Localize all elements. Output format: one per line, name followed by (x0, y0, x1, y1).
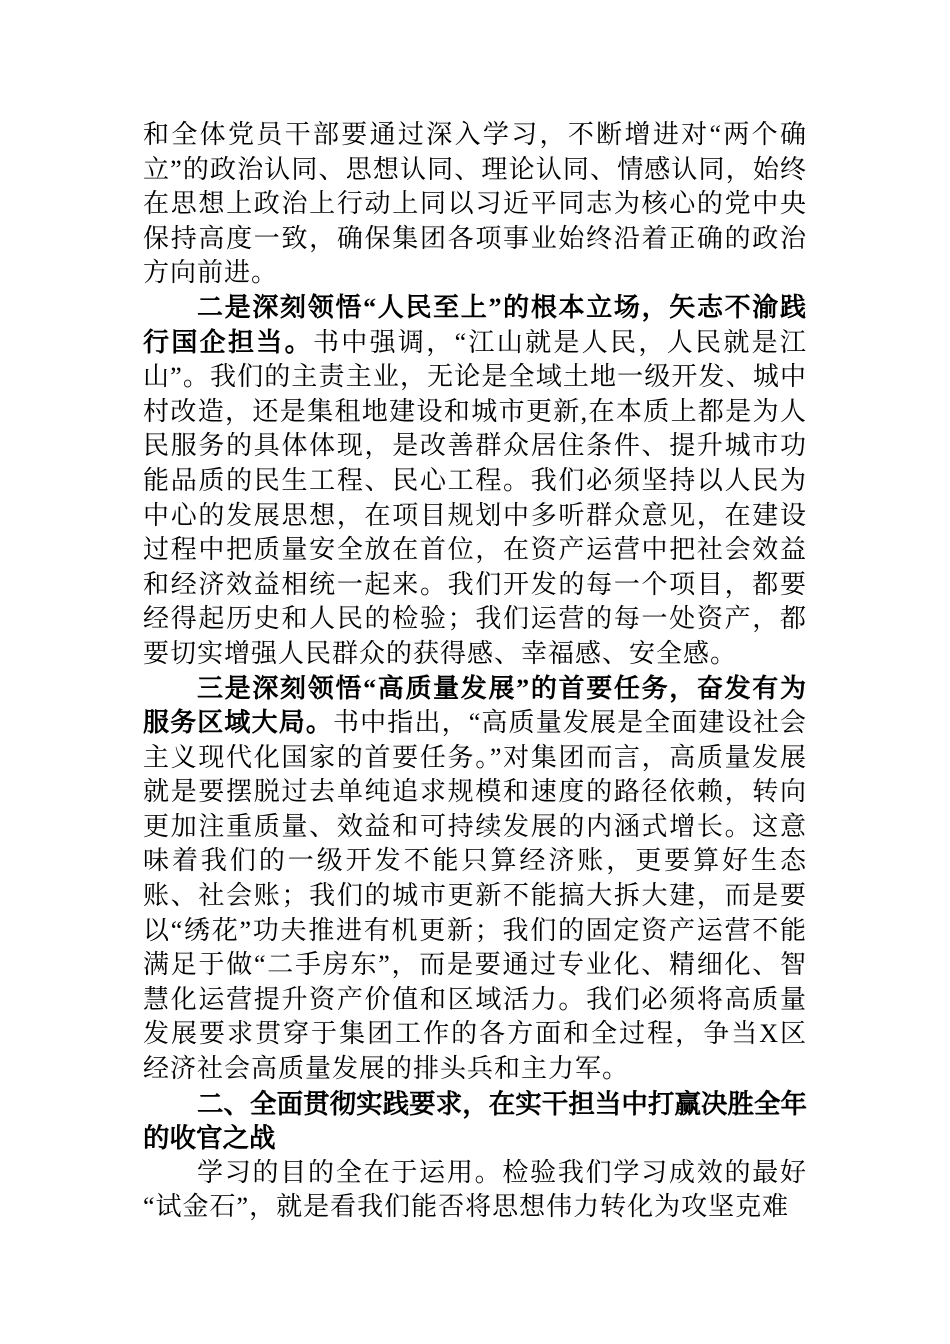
paragraph-text: 学习的目的全在于运用。检验我们学习成效的最好“试金石”，就是看我们能否将思想伟力… (143, 1158, 807, 1222)
paragraph-text: 书中指出，“高质量发展是全面建设社会主义现代化国家的首要任务。”对集团而言，高质… (143, 708, 807, 1083)
paragraph-closing: 学习的目的全在于运用。检验我们学习成效的最好“试金石”，就是看我们能否将思想伟力… (143, 1156, 807, 1225)
document-page: 和全体党员干部要通过深入学习，不断增进对“两个确立”的政治认同、思想认同、理论认… (0, 0, 950, 1344)
paragraph-point-two: 二是深刻领悟“人民至上”的根本立场，矢志不渝践行国企担当。书中强调，“江山就是人… (143, 291, 807, 672)
paragraph-text: 书中强调，“江山就是人民，人民就是江山”。我们的主责主业，无论是全域土地一级开发… (143, 328, 807, 668)
section-heading: 二、全面贯彻实践要求，在实干担当中打赢决胜全年的收官之战 (143, 1087, 807, 1156)
paragraph-text: 和全体党员干部要通过深入学习，不断增进对“两个确立”的政治认同、思想认同、理论认… (143, 120, 807, 287)
paragraph-point-three: 三是深刻领悟“高质量发展”的首要任务，奋发有为服务区域大局。书中指出，“高质量发… (143, 672, 807, 1087)
paragraph-continuation: 和全体党员干部要通过深入学习，不断增进对“两个确立”的政治认同、思想认同、理论认… (143, 118, 807, 291)
